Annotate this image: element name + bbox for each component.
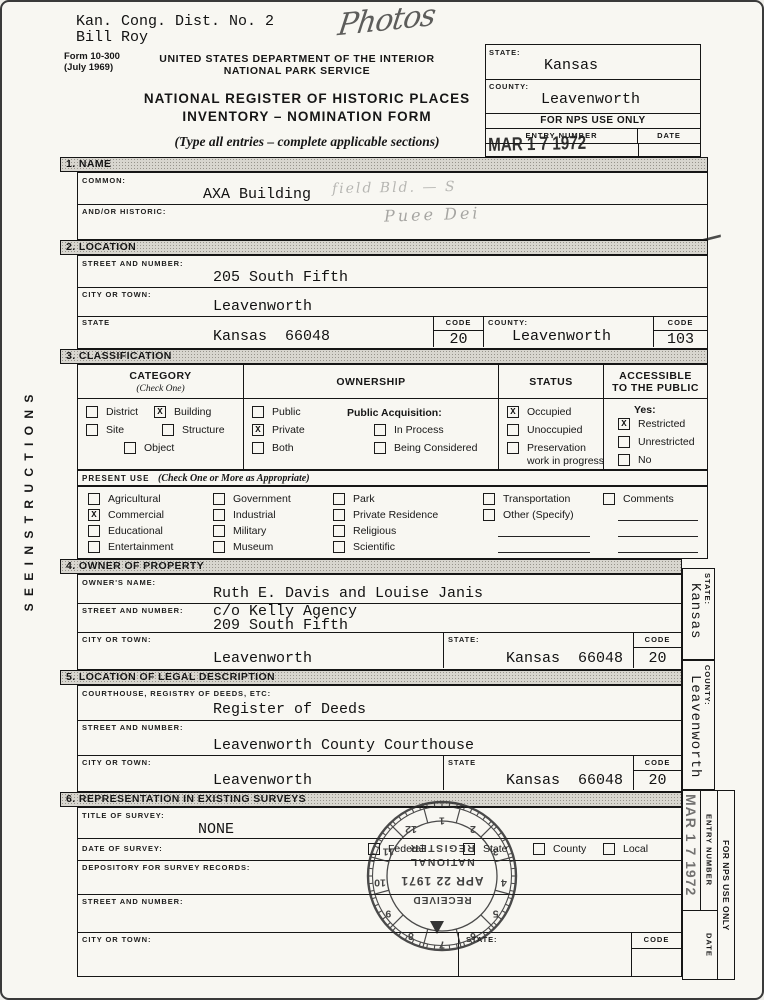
comments-line2 [618,536,698,537]
agricultural-label: Agricultural [108,493,161,506]
checkbox-occupied: XOccupied [507,406,571,419]
government-label: Government [233,493,291,506]
owner-name-row: OWNER'S NAME: Ruth E. Davis and Louise J… [78,575,681,604]
survey-city-label: CITY OR TOWN: [82,935,151,944]
margin-state-value: Kansas [687,583,703,655]
industrial-label: Industrial [233,509,276,522]
no-checkbox [618,454,630,466]
stamp-dial-number: 5 [493,908,499,920]
unrestricted-label: Unrestricted [638,436,695,449]
public-label: Public [272,406,301,419]
nps-state-row: STATE: Kansas [486,45,700,80]
checkbox-agricultural: Agricultural [88,493,161,506]
commercial-checkbox: X [88,509,100,521]
checkbox-building: XBuilding [154,406,211,419]
common-label: COMMON: [82,176,126,185]
owner-code-value: 20 [634,651,681,667]
nps-county-label: COUNTY: [489,82,529,91]
state-cell: STATE Kansas 66048 [78,316,433,347]
county-survey-checkbox [533,843,545,855]
stamp-dial-number: 1 [439,815,445,827]
department-name: UNITED STATES DEPARTMENT OF THE INTERIOR [132,53,462,65]
checkbox-unrestricted: Unrestricted [618,436,695,449]
county-code-header: CODE [654,316,707,331]
stamp-dial-number: 7 [439,939,445,951]
owner-city-label: CITY OR TOWN: [82,635,151,644]
status-cell: XOccupied Unoccupied Preservation work i… [498,398,603,469]
stamp-dial-number: 4 [501,877,507,889]
status-header-cell: STATUS [498,365,603,398]
private-residence-label: Private Residence [353,509,438,522]
section5-box: COURTHOUSE, REGISTRY OF DEEDS, ETC: Regi… [77,685,682,792]
access-header-line1: ACCESSIBLE [619,370,692,382]
state-value: Kansas 66048 [213,329,330,345]
state-code-value: 20 [434,332,483,348]
other-specify-line1 [498,536,590,537]
see-instructions-note: S E E I N S T R U C T I O N S [22,337,38,667]
location-city-row: CITY OR TOWN: Leavenworth [78,287,707,317]
entry-date-divider [638,143,639,158]
street-label: STREET AND NUMBER: [82,259,183,268]
category-header: CATEGORY [129,370,191,382]
checkbox-transportation: Transportation [483,493,570,506]
present-use-header: PRESENT USE (Check One or More as Approp… [77,470,708,486]
pencil-note-historic1: field Bld. — S [332,179,457,197]
entry-date-stamp: MAR 1 7 1972 [488,133,586,157]
classification-table: CATEGORY(Check One) OWNERSHIP STATUS ACC… [77,364,708,470]
form-title-line1: NATIONAL REGISTER OF HISTORIC PLACES [97,91,517,106]
county-value: Leavenworth [512,329,611,345]
legal-street-value: Leavenworth County Courthouse [213,738,474,754]
margin-entry-label: ENTRY NUMBER [705,814,714,886]
legal-city-row: CITY OR TOWN: Leavenworth STATE Kansas 6… [78,755,681,790]
occupied-label: Occupied [527,406,571,419]
preservation-label: Preservation work in progress [527,442,611,467]
building-label: Building [174,406,211,419]
checkbox-restricted: XRestricted [618,418,685,431]
ownership-header: OWNERSHIP [336,376,405,388]
category-cell: District XBuilding Site Structure Object [78,398,243,469]
survey-date-label: DATE OF SURVEY: [82,844,163,853]
margin-state-strip: STATE: Kansas [682,568,715,660]
nps-use-only-label: FOR NPS USE ONLY [486,113,700,129]
occupied-checkbox: X [507,406,519,418]
checkbox-unoccupied: Unoccupied [507,424,582,437]
margin-date-cell: DATE [701,911,718,979]
section4-bar: 4. OWNER OF PROPERTY [60,559,682,574]
survey-title-label: TITLE OF SURVEY: [82,811,164,820]
state-label: STATE [82,318,110,327]
structure-checkbox [162,424,174,436]
handwritten-scrawl-top: Photos [336,0,438,43]
industrial-checkbox [213,509,225,521]
stamp-dial-number: 10 [374,877,386,889]
owner-name-value: Ruth E. Davis and Louise Janis [213,586,483,602]
nps-state-value: Kansas [544,58,598,74]
district-label: District [106,406,138,419]
owner-city-value: Leavenworth [213,651,312,667]
date-label: DATE [638,128,700,143]
other-specify-line2 [498,552,590,553]
checkbox-industrial: Industrial [213,509,276,522]
commercial-label: Commercial [108,509,164,522]
park-checkbox [333,493,345,505]
present-use-sublabel: (Check One or More as Appropriate) [158,473,310,484]
access-cell: Yes: XRestricted Unrestricted No [603,398,707,469]
margin-state-label: STATE: [703,573,712,655]
checkbox-public: Public [252,406,301,419]
survey-street-label: STREET AND NUMBER: [82,897,183,906]
government-checkbox [213,493,225,505]
street-value: 205 South Fifth [213,270,348,286]
stamp-received-text: RECEIVED [412,894,471,905]
owner-code-header: CODE [634,632,681,648]
legal-state-label: STATE [448,758,476,767]
stamp-dial-number: 9 [385,908,391,920]
owner-state-cell: STATE: Kansas 66048 [443,632,633,668]
in-process-label: In Process [394,424,444,437]
preservation-checkbox [507,442,519,454]
restricted-checkbox: X [618,418,630,430]
checkbox-educational: Educational [88,525,163,538]
public-checkbox [252,406,264,418]
district-note-line1: Kan. Cong. Dist. No. 2 [76,13,274,30]
ownership-header-cell: OWNERSHIP [243,365,498,398]
section4-box: OWNER'S NAME: Ruth E. Davis and Louise J… [77,574,682,670]
owner-code-cell: CODE 20 [633,632,681,668]
transportation-label: Transportation [503,493,570,506]
scanned-form-page: Kan. Cong. Dist. No. 2Bill Roy Form 10-3… [0,0,764,1000]
state-code-header: CODE [434,316,483,331]
historic-label: AND/OR HISTORIC: [82,207,166,216]
scientific-checkbox [333,541,345,553]
margin-entry-stamp: MAR 1 7 1972 [683,794,699,896]
other-label: Other (Specify) [503,509,574,522]
stamp-dial-number: 8 [408,930,414,942]
ownership-cell: Public XPrivate Both Public Acquisition:… [243,398,498,469]
legal-street-row: STREET AND NUMBER: Leavenworth County Co… [78,720,681,756]
owner-city-row: CITY OR TOWN: Leavenworth STATE: Kansas … [78,632,681,668]
legal-city-value: Leavenworth [213,773,312,789]
stamp-center-text: RECEIVED APR 22 1971 NATIONAL REGISTER [400,842,483,905]
agency-name: NATIONAL PARK SERVICE [132,65,462,77]
courthouse-row: COURTHOUSE, REGISTRY OF DEEDS, ETC: Regi… [78,686,681,721]
military-label: Military [233,525,266,538]
owner-state-label: STATE: [448,635,479,644]
received-stamp: 123456789101112 RECEIVED APR 22 1971 NAT… [365,797,519,955]
educational-checkbox [88,525,100,537]
pencil-note-historic2: Puee Dei [384,203,481,225]
form-number: Form 10-300 [64,51,120,62]
checkbox-county-survey: County [533,843,586,856]
county-survey-label: County [553,843,586,856]
private-checkbox: X [252,424,264,436]
checkbox-entertainment: Entertainment [88,541,173,554]
checkbox-district: District [86,406,138,419]
legal-state-cell: STATE Kansas 66048 [443,755,633,790]
margin-entry-label-cell: ENTRY NUMBER [701,791,718,911]
congressional-district-note: Kan. Cong. Dist. No. 2Bill Roy [76,14,274,46]
access-header-line2: TO THE PUBLIC [612,382,699,394]
checkbox-religious: Religious [333,525,396,538]
checkbox-private-residence: Private Residence [333,509,438,522]
nps-state-label: STATE: [489,48,520,57]
status-header: STATUS [529,376,572,388]
comments-line1 [618,520,698,521]
religious-label: Religious [353,525,396,538]
no-label: No [638,454,651,467]
legal-city-cell: CITY OR TOWN: Leavenworth [78,755,443,790]
margin-nps-panel: MAR 1 7 1972 ENTRY NUMBER DATE FOR NPS U… [682,790,735,980]
margin-use-only-label: FOR NPS USE ONLY [721,840,731,931]
private-residence-checkbox [333,509,345,521]
checkbox-preservation: Preservation work in progress [507,442,611,467]
county-cell: COUNTY: Leavenworth [483,316,653,347]
checkbox-site: Site [86,424,124,437]
scientific-label: Scientific [353,541,395,554]
legal-city-label: CITY OR TOWN: [82,758,151,767]
stamp-dial-number: 3 [493,846,499,858]
comments-checkbox [603,493,615,505]
unrestricted-checkbox [618,436,630,448]
checkbox-scientific: Scientific [333,541,395,554]
museum-checkbox [213,541,225,553]
site-label: Site [106,424,124,437]
checkbox-park: Park [333,493,375,506]
military-checkbox [213,525,225,537]
owner-street-row: STREET AND NUMBER: c/o Kelly Agency 209 … [78,603,681,633]
in-process-checkbox [374,424,386,436]
survey-code-cell: CODE [631,932,681,976]
form-instructions: (Type all entries – complete applicable … [97,134,517,150]
stamp-date-text: APR 22 1971 [400,874,483,888]
stamp-dial-number: 2 [470,823,476,835]
acquisition-label: Public Acquisition: [347,407,442,419]
present-use-label: PRESENT USE [82,474,149,483]
other-checkbox [483,509,495,521]
form-number-block: Form 10-300(July 1969) [64,51,120,74]
entertainment-checkbox [88,541,100,553]
legal-code-value: 20 [634,773,681,789]
classification-header-row: CATEGORY(Check One) OWNERSHIP STATUS ACC… [78,365,707,399]
legal-state-value: Kansas 66048 [506,773,623,789]
county-code-value: 103 [654,332,707,348]
common-value: AXA Building [203,187,311,203]
owner-name-label: OWNER'S NAME: [82,578,156,587]
margin-county-strip: COUNTY: Leavenworth [682,660,715,790]
stamp-national-text: NATIONAL [409,856,474,868]
stamp-dial-number: 6 [470,930,476,942]
form-title-line2: INVENTORY – NOMINATION FORM [97,109,517,124]
form-revision: (July 1969) [64,62,113,73]
legal-code-cell: CODE 20 [633,755,681,790]
margin-entry-value-cell: MAR 1 7 1972 [683,791,701,911]
city-label: CITY OR TOWN: [82,290,151,299]
checkbox-local: Local [603,843,648,856]
depository-label: DEPOSITORY FOR SURVEY RECORDS: [82,863,250,872]
owner-street-label: STREET AND NUMBER: [82,606,183,615]
comments-label: Comments [623,493,674,506]
checkbox-structure: Structure [162,424,225,437]
site-checkbox [86,424,98,436]
stamp-register-text: REGISTER [409,842,475,854]
access-yes-label: Yes: [634,404,656,416]
section2-bar: 2. LOCATION [60,240,708,255]
checkbox-private: XPrivate [252,424,305,437]
county-label: COUNTY: [488,318,528,327]
access-header-cell: ACCESSIBLETO THE PUBLIC [603,365,707,398]
local-checkbox [603,843,615,855]
stamp-dial-number: 12 [405,823,417,835]
object-checkbox [124,442,136,454]
section5-bar: 5. LOCATION OF LEGAL DESCRIPTION [60,670,682,685]
checkbox-museum: Museum [213,541,273,554]
restricted-label: Restricted [638,418,685,431]
checkbox-government: Government [213,493,291,506]
nps-county-value: Leavenworth [541,92,640,108]
checkbox-being-considered: Being Considered [374,442,477,455]
checkbox-military: Military [213,525,266,538]
survey-title-value: NONE [198,822,234,838]
present-use-body: Agricultural XCommercial Educational Ent… [77,486,708,559]
checkbox-commercial: XCommercial [88,509,164,522]
legal-street-label: STREET AND NUMBER: [82,723,183,732]
educational-label: Educational [108,525,163,538]
margin-use-only-cell: FOR NPS USE ONLY [718,791,734,979]
comments-line3 [618,552,698,553]
county-code-cell: CODE 103 [653,316,707,347]
checkbox-in-process: In Process [374,424,444,437]
survey-code-header: CODE [632,932,681,949]
checkbox-no: No [618,454,651,467]
stamp-dial-number: 11 [383,846,394,858]
margin-county-label: COUNTY: [703,665,712,785]
category-subheader: (Check One) [136,384,184,394]
city-value: Leavenworth [213,299,312,315]
section2-box: STREET AND NUMBER: 205 South Fifth CITY … [77,255,708,349]
park-label: Park [353,493,375,506]
unoccupied-label: Unoccupied [527,424,582,437]
religious-checkbox [333,525,345,537]
courthouse-label: COURTHOUSE, REGISTRY OF DEEDS, ETC: [82,689,271,698]
legal-code-header: CODE [634,755,681,771]
checkbox-comments: Comments [603,493,674,506]
checkbox-other: Other (Specify) [483,509,574,522]
stamp-pointer-icon [430,921,444,934]
unoccupied-checkbox [507,424,519,436]
both-checkbox [252,442,264,454]
private-label: Private [272,424,305,437]
local-label: Local [623,843,648,856]
entertainment-label: Entertainment [108,541,173,554]
section3-bar: 3. CLASSIFICATION [60,349,708,364]
section1-bar: 1. NAME [60,157,708,172]
agricultural-checkbox [88,493,100,505]
classification-body-row: District XBuilding Site Structure Object… [78,398,707,469]
margin-date-label: DATE [705,933,714,957]
both-label: Both [272,442,294,455]
state-code-cell: CODE 20 [433,316,483,347]
district-checkbox [86,406,98,418]
museum-label: Museum [233,541,273,554]
courthouse-value: Register of Deeds [213,702,366,718]
structure-label: Structure [182,424,225,437]
building-checkbox: X [154,406,166,418]
owner-state-value: Kansas 66048 [506,651,623,667]
owner-city-cell: CITY OR TOWN: Leavenworth [78,632,443,668]
category-header-cell: CATEGORY(Check One) [78,365,243,398]
location-state-row: STATE Kansas 66048 CODE 20 COUNTY: Leave… [78,316,707,347]
being-considered-checkbox [374,442,386,454]
margin-county-value: Leavenworth [687,675,703,785]
checkbox-object: Object [124,442,174,455]
object-label: Object [144,442,174,455]
transportation-checkbox [483,493,495,505]
location-street-row: STREET AND NUMBER: 205 South Fifth [78,256,707,288]
being-considered-label: Being Considered [394,442,477,455]
checkbox-both: Both [252,442,294,455]
nps-county-row: COUNTY: Leavenworth [486,79,700,114]
district-note-line2: Bill Roy [76,29,148,46]
